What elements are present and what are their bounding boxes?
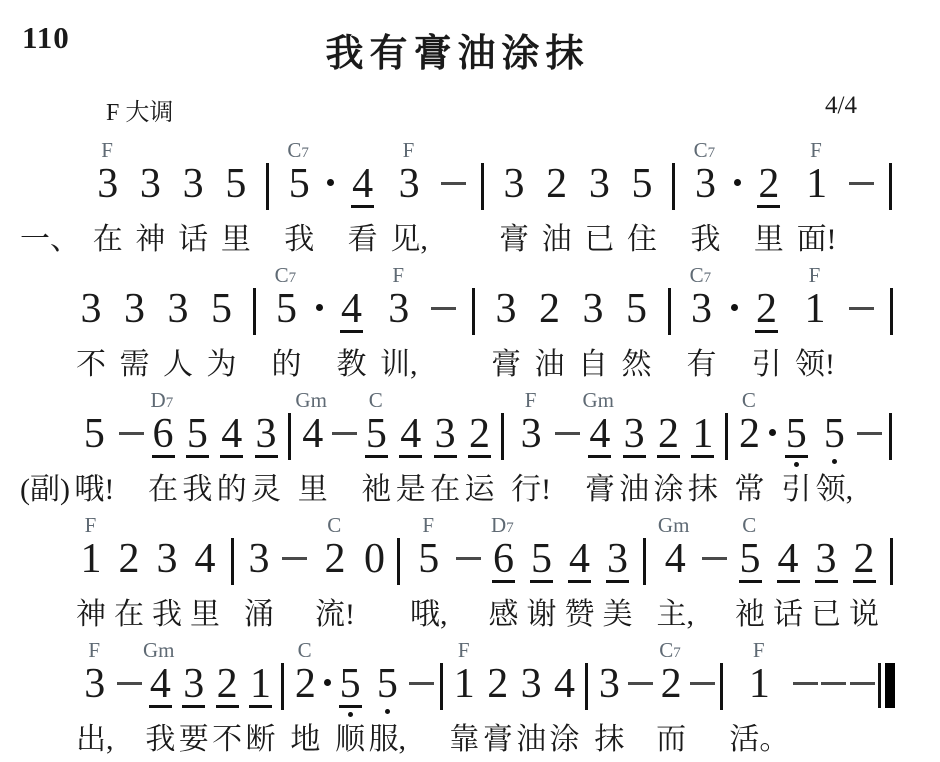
beat-cell [821, 640, 846, 758]
beat-cell: C72而 [656, 640, 686, 758]
note: 4 [149, 663, 172, 708]
note-area [720, 663, 723, 721]
lyric: 然 [622, 347, 652, 383]
note-area [793, 663, 818, 721]
beat-cell: 5住 [627, 140, 657, 258]
beat-cell: D76在 [148, 390, 178, 508]
note-area [456, 538, 481, 596]
beat-cell [887, 390, 895, 508]
chord-seventh: 7 [708, 145, 716, 161]
beat-cell: 5然 [622, 265, 652, 383]
note-area: 4 [664, 538, 687, 596]
beat-cell: Gm4我 [145, 640, 175, 758]
music-line-2: 3不3需3人5为C75的4教F3训,3膏2油3自5然C73有2引F1领! [20, 265, 895, 383]
lyric: 常 [735, 472, 765, 508]
beat-cell [499, 390, 507, 508]
note: 1 [748, 663, 771, 705]
lyric: 流! [315, 597, 355, 633]
lyric: 油 [516, 722, 546, 758]
chord-label: D7 [491, 514, 514, 539]
beat-cell: 3抹 [594, 640, 624, 758]
note: 5 [186, 413, 209, 458]
note: 5 [625, 288, 648, 330]
beat-cell: 2油 [535, 265, 565, 383]
note-area [316, 288, 323, 346]
note-area: 3 [815, 538, 838, 596]
note: 2 [545, 163, 568, 205]
note: 5 [631, 163, 654, 205]
lyric: 我 [145, 722, 175, 758]
beat-cell: 4是 [396, 390, 426, 508]
note: 3 [83, 663, 106, 705]
note-area: 5 [823, 413, 846, 471]
rest-note: 0 [363, 538, 386, 580]
chord-label: Gm [658, 514, 690, 536]
note: 3 [582, 288, 605, 330]
beat-cell [583, 640, 591, 758]
lyric: 抹 [688, 472, 718, 508]
chord-label: Gm [295, 389, 327, 411]
note-area: 4 [399, 413, 422, 471]
note-area: 5 [631, 163, 654, 221]
note: 5 [210, 288, 233, 330]
note-area [731, 288, 738, 346]
note: 3 [182, 663, 205, 708]
beat-cell: 4看 [348, 140, 378, 258]
beat-cell [887, 265, 895, 383]
lyric: 领, [816, 472, 854, 508]
note: 3 [156, 538, 179, 580]
note-area [481, 163, 484, 221]
beat-cell [670, 140, 678, 258]
beat-cell: Gm4里 [298, 390, 328, 508]
note-area [890, 538, 893, 596]
beat-cell: 3需 [120, 265, 150, 383]
beat-cell: 5谢 [527, 515, 557, 633]
beat-cell: C2地 [290, 640, 320, 758]
final-barline-thick [885, 663, 895, 708]
lyric: 教 [337, 347, 367, 383]
beat-cell: C73我 [690, 140, 720, 258]
note-area [397, 538, 400, 596]
beat-cell [702, 515, 727, 633]
note-area [850, 663, 875, 721]
barline [481, 163, 484, 210]
beat-cell: 3膏 [491, 265, 521, 383]
note: 3 [598, 663, 621, 705]
note-area: 4 [220, 413, 243, 471]
lyric: 里 [298, 472, 328, 508]
note: 3 [623, 413, 646, 458]
note: 3 [815, 538, 838, 583]
lyric: 需 [120, 347, 150, 383]
chord-label: F [422, 514, 434, 536]
note: 3 [502, 163, 525, 205]
barline [725, 413, 728, 460]
lyric: 顺 [335, 722, 365, 758]
time-signature: 4/4 [825, 92, 857, 124]
lyric: 主, [657, 597, 695, 633]
note-area: 3 [83, 663, 106, 721]
beat-cell [285, 390, 293, 508]
note-area: 3 [606, 538, 629, 596]
chord-label: F [525, 389, 537, 411]
note: 2 [216, 663, 239, 708]
note-area: 3 [139, 163, 162, 221]
lyric: 的 [217, 472, 247, 508]
note-area: 3 [690, 288, 713, 346]
lyric: 膏 [585, 472, 615, 508]
duration-dash [456, 557, 481, 560]
lyric: 行! [511, 472, 551, 508]
beat-cell: 3膏 [499, 140, 529, 258]
note-area: 2 [538, 288, 561, 346]
note-area: 2 [216, 663, 239, 721]
note-area: 1 [453, 663, 476, 721]
beat-cell: C5祂 [361, 390, 391, 508]
beat-cell [849, 265, 874, 383]
low-octave-dot [794, 462, 799, 467]
beat-cell [641, 515, 649, 633]
beat-cell: 3神 [135, 140, 165, 258]
lyric: 而 [656, 722, 686, 758]
note-area [890, 288, 893, 346]
lyric: 不 [212, 722, 242, 758]
low-octave-dot [348, 712, 353, 717]
beat-cell [264, 140, 272, 258]
note: 5 [530, 538, 553, 583]
note-area: 5 [376, 663, 399, 721]
beat-cell: 3已 [811, 515, 841, 633]
note-area: 3 [520, 663, 543, 721]
lyric: 谢 [527, 597, 557, 633]
beat-cell: 2运 [464, 390, 494, 508]
note: 2 [486, 663, 509, 705]
beat-cell: 5顺 [335, 640, 365, 758]
beat-cell [793, 640, 818, 758]
beat-cell: C2流! [315, 515, 355, 633]
note-area: 2 [853, 538, 876, 596]
note: 3 [588, 163, 611, 205]
augmentation-dot [316, 304, 323, 311]
duration-dash [849, 182, 874, 185]
note: 4 [664, 538, 687, 580]
beat-cell: C75的 [272, 265, 302, 383]
chord-label: F [753, 639, 765, 661]
lyric: 赞 [565, 597, 595, 633]
note-area: 2 [468, 413, 491, 471]
beat-cell [690, 640, 715, 758]
note-area: 2 [757, 163, 780, 221]
note-area: 5 [186, 413, 209, 471]
beat-cell: F1领! [795, 265, 835, 383]
duration-dash [849, 307, 874, 310]
beat-cell [431, 265, 456, 383]
beat-cell [394, 515, 402, 633]
beat-cell: 3要 [179, 640, 209, 758]
note: 3 [434, 413, 457, 458]
note: 2 [738, 413, 761, 455]
duration-dash [702, 557, 727, 560]
note: 3 [123, 288, 146, 330]
note-area: 2 [118, 538, 141, 596]
note: 6 [492, 538, 515, 583]
score: 一、F3在3神3话5里C75我4看F3见,3膏2油3已5住C73我2里F1面!3… [20, 140, 895, 758]
music-line-4: F1神2在3我4里3涌C2流!0F5哦,D76感5谢4赞3美Gm4主,C5祂4话… [20, 515, 895, 633]
beat-cell: Gm4主, [657, 515, 695, 633]
beat-cell: 3油 [516, 640, 546, 758]
note: 5 [823, 413, 846, 455]
beat-cell: F5哦, [410, 515, 448, 633]
note: 4 [553, 663, 576, 705]
note-area [821, 663, 846, 721]
note: 3 [694, 163, 717, 205]
beat-cell: 5我 [182, 390, 212, 508]
note-area [672, 163, 675, 221]
chord-seventh: 7 [289, 270, 297, 286]
low-octave-dot [832, 459, 837, 464]
lyric: 我 [690, 222, 720, 258]
lyric: 话 [178, 222, 208, 258]
note-area: 3 [248, 538, 271, 596]
note-area: 1 [249, 663, 272, 721]
note: 3 [182, 163, 205, 205]
note-area: 1 [748, 663, 771, 721]
beat-cell [722, 390, 730, 508]
lyric: 服, [369, 722, 407, 758]
note-area [324, 663, 331, 721]
lyric: 里 [190, 597, 220, 633]
chord-seventh: 7 [301, 145, 309, 161]
beat-cell: 5哦! [74, 390, 114, 508]
beat-cell: 3灵 [251, 390, 281, 508]
lyric: 自 [578, 347, 608, 383]
note: 1 [691, 413, 714, 458]
chord-label: C7 [694, 139, 716, 164]
beat-cell [324, 640, 332, 758]
note-area: 3 [182, 163, 205, 221]
beat-cell [733, 140, 741, 258]
sheet-music-page: 110 我有膏油涂抹 F 大调 4/4 一、F3在3神3话5里C75我4看F3见… [0, 0, 940, 762]
beat-cell: 2在 [114, 515, 144, 633]
augmentation-dot [769, 429, 776, 436]
duration-dash [690, 682, 715, 685]
lyric: 看 [348, 222, 378, 258]
note-area: 5 [224, 163, 247, 221]
note: 3 [495, 288, 518, 330]
beat-cell: 5里 [221, 140, 251, 258]
barline [889, 163, 892, 210]
note: 5 [376, 663, 399, 705]
lyric: 说 [849, 597, 879, 633]
beat-cell [279, 640, 287, 758]
note-area [734, 163, 741, 221]
low-octave-dot [385, 709, 390, 714]
note: 3 [398, 163, 421, 205]
chord-label: F [392, 264, 404, 286]
beat-cell [478, 140, 486, 258]
note-area [690, 663, 715, 721]
duration-dash [821, 682, 846, 685]
beat-cell: 3已 [584, 140, 614, 258]
note-area: 4 [149, 663, 172, 721]
lyric: 要 [179, 722, 209, 758]
beat-cell: 2说 [849, 515, 879, 633]
beat-cell: 5引 [781, 390, 811, 508]
chord-label: C7 [287, 139, 309, 164]
beat-cell: 5为 [207, 265, 237, 383]
note-area: 3 [495, 288, 518, 346]
barline [231, 538, 234, 585]
augmentation-dot [731, 304, 738, 311]
lyric: 引 [752, 347, 782, 383]
duration-dash [850, 682, 875, 685]
beat-cell: 3美 [603, 515, 633, 633]
beat-cell: F1活。 [729, 640, 789, 758]
beat-cell [887, 515, 895, 633]
beat-cell: 2引 [752, 265, 782, 383]
lyric: 油 [619, 472, 649, 508]
beat-cell [470, 265, 478, 383]
beat-cell [857, 390, 882, 508]
note: 1 [453, 663, 476, 705]
barline [281, 663, 284, 710]
note: 3 [255, 413, 278, 458]
lyric: 美 [603, 597, 633, 633]
barline [585, 663, 588, 710]
note-area: 2 [294, 663, 317, 721]
note-area: 3 [80, 288, 103, 346]
note-area: 4 [777, 538, 800, 596]
note: 2 [118, 538, 141, 580]
note: 2 [294, 663, 317, 705]
duration-dash [431, 307, 456, 310]
note-area: 6 [152, 413, 175, 471]
chord-label: C [298, 639, 312, 661]
note-area [769, 413, 776, 471]
lyric: 膏 [499, 222, 529, 258]
beat-cell: 2不 [212, 640, 242, 758]
note: 5 [275, 288, 298, 330]
beat-cell: 5领, [816, 390, 854, 508]
lyric: 神 [135, 222, 165, 258]
note-area [585, 663, 588, 721]
lyric: 已 [584, 222, 614, 258]
beat-cell: C2常 [735, 390, 765, 508]
lyric: 运 [464, 472, 494, 508]
lyric: 训, [380, 347, 418, 383]
chord-label: C7 [659, 639, 681, 664]
beat-cell: 0 [363, 515, 386, 633]
note-area: 5 [739, 538, 762, 596]
lyric: 在 [148, 472, 178, 508]
note-area [231, 538, 234, 596]
beat-cell [282, 515, 307, 633]
lyric: 油 [542, 222, 572, 258]
note: 4 [588, 413, 611, 458]
lyric: 我 [182, 472, 212, 508]
note: 3 [606, 538, 629, 583]
note-area: 3 [582, 288, 605, 346]
lyric: 不 [76, 347, 106, 383]
duration-dash [332, 432, 357, 435]
final-barline [878, 663, 895, 708]
lyric: 地 [290, 722, 320, 758]
note-area [281, 663, 284, 721]
note-area [849, 163, 874, 221]
note-area [266, 163, 269, 221]
note: 5 [417, 538, 440, 580]
note: 5 [739, 538, 762, 583]
beat-cell [327, 140, 335, 258]
beat-cell: 3油 [619, 390, 649, 508]
chord-seventh: 7 [166, 395, 174, 411]
lyric: 面! [797, 222, 837, 258]
beat-cell [555, 390, 580, 508]
beat-cell: F3在 [93, 140, 123, 258]
lyric: 膏 [483, 722, 513, 758]
note-area: 1 [804, 288, 827, 346]
note: 5 [365, 413, 388, 458]
duration-dash [793, 682, 818, 685]
chord-label: C [742, 389, 756, 411]
note-area: 3 [156, 538, 179, 596]
beat-cell: F3出, [76, 640, 114, 758]
note-area: 1 [80, 538, 103, 596]
duration-dash [857, 432, 882, 435]
lyric: 涌 [244, 597, 274, 633]
note-area: 3 [167, 288, 190, 346]
note-area [472, 288, 475, 346]
note-area [668, 288, 671, 346]
beat-cell: 4赞 [565, 515, 595, 633]
song-title: 我有膏油涂抹 [20, 18, 895, 77]
beat-cell: 3不 [76, 265, 106, 383]
duration-dash [119, 432, 144, 435]
note-area: 3 [520, 413, 543, 471]
note-area: 2 [738, 413, 761, 471]
lyric: 引 [781, 472, 811, 508]
beat-cell [315, 265, 323, 383]
lyric: 为 [207, 347, 237, 383]
note-area [409, 663, 434, 721]
beat-cell [628, 640, 653, 758]
chord-label: C [327, 514, 341, 536]
lyric: 一、 [20, 222, 80, 258]
lyric-prefix-cell: (副) [20, 390, 70, 508]
lyric: 膏 [491, 347, 521, 383]
beat-cell: 4话 [773, 515, 803, 633]
lyric: 哦, [410, 597, 448, 633]
beat-cell [849, 140, 874, 258]
lyric: 里 [754, 222, 784, 258]
note-area [288, 413, 291, 471]
beat-cell: 2涂 [654, 390, 684, 508]
key-meter-row: F 大调 4/4 [20, 92, 895, 124]
beat-cell [878, 640, 895, 758]
note-area [555, 413, 580, 471]
note: 4 [301, 413, 324, 455]
chord-label: F [85, 514, 97, 536]
header: 110 我有膏油涂抹 [20, 18, 895, 72]
lyric: 涂 [654, 472, 684, 508]
lyric: 有 [687, 347, 717, 383]
beat-cell: 3在 [430, 390, 460, 508]
note: 3 [520, 663, 543, 705]
note-area: 0 [363, 538, 386, 596]
note: 3 [690, 288, 713, 330]
note-area: 3 [387, 288, 410, 346]
